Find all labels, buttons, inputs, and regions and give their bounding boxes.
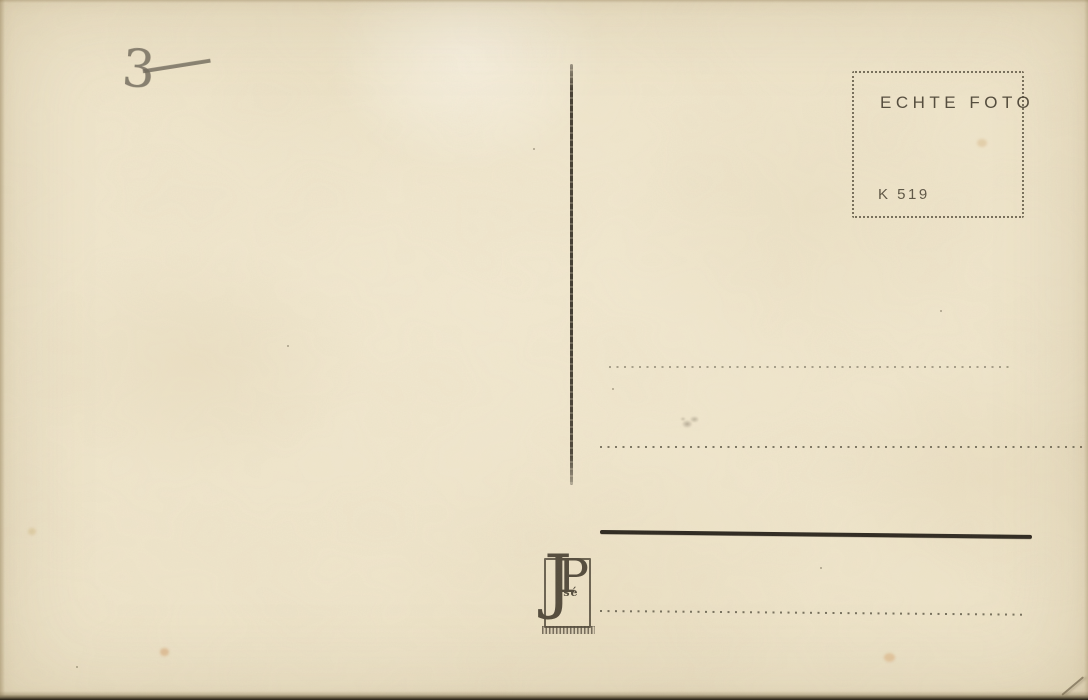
card-edge-right <box>1084 0 1088 700</box>
postcard-back: 3 — ECHTE FOTO K 519 J P osé <box>0 0 1088 700</box>
card-edge-bottom <box>0 691 1088 700</box>
card-edge-top <box>0 0 1088 3</box>
card-edge-left <box>0 0 5 700</box>
paper-vignette <box>0 0 1088 700</box>
